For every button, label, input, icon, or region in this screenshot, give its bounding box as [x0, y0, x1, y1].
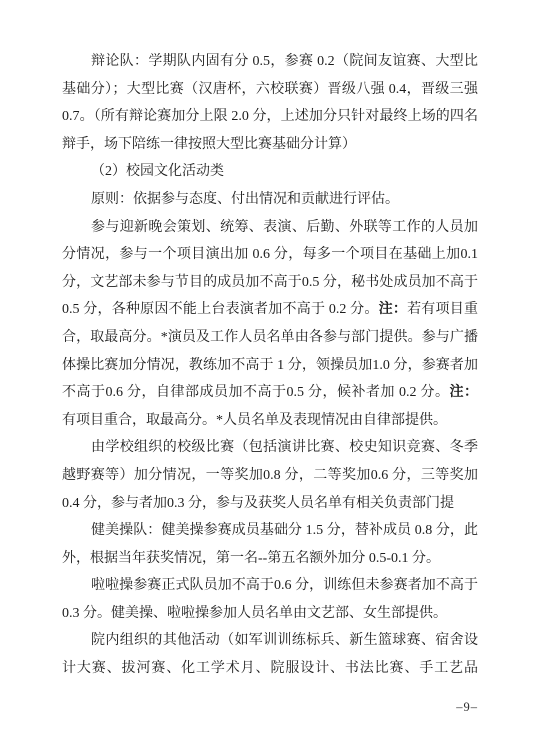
text-segment: 啦啦操参赛正式队员加不高于0.6 分，训练但未参赛者加不高于	[91, 578, 478, 593]
text-segment: 0.5 分，各种原因不能上台表演者加不高于 0.2 分。	[62, 302, 379, 317]
text-segment: 辩论队：学期队内固有分 0.5，参赛 0.2（院间友谊赛、大型比赛	[62, 54, 478, 76]
text-line: 由学校组织的校级比赛（包括演讲比赛、校史知识竞赛、冬季	[62, 434, 478, 462]
text-line: 有项目重合，取最高分。*人员名单及表现情况由自律部提供。	[62, 407, 478, 435]
text-segment: 辩手，场下陪练一律按照大型比赛基础分计算）	[62, 137, 356, 152]
text-segment: 分情况，参与一个项目演出加 0.6 分，每多一个项目在基础上加0.1	[62, 247, 478, 262]
text-segment: 0.4 分，参与者加0.3 分，参与及获奖人员名单有相关负责部门提供。	[62, 496, 454, 518]
text-segment: 外，根据当年获奖情况，第一名--第五名额外加分 0.5-0.1 分。	[62, 551, 440, 566]
text-line: 健美操队：健美操参赛成员基础分 1.5 分，替补成员 0.8 分，此	[62, 517, 478, 545]
text-line: 计大赛、拔河赛、化工学术月、院服设计、书法比赛、手工艺品展、	[62, 655, 478, 683]
text-segment: 0.3 分。健美操、啦啦操参加人员名单由文艺部、女生部提供。	[62, 606, 447, 621]
text-line: 0.4 分，参与者加0.3 分，参与及获奖人员名单有相关负责部门提供。	[62, 490, 478, 518]
text-line: 合，取最高分。*演员及工作人员名单由各参与部门提供。参与广播	[62, 324, 478, 352]
text-segment: 由学校组织的校级比赛（包括演讲比赛、校史知识竞赛、冬季	[91, 440, 478, 455]
text-line: 啦啦操参赛正式队员加不高于0.6 分，训练但未参赛者加不高于	[62, 572, 478, 600]
text-line: 辩论队：学期队内固有分 0.5，参赛 0.2（院间友谊赛、大型比赛	[62, 48, 478, 76]
text-segment: 若有项目重	[407, 302, 478, 317]
text-line: 体操比赛加分情况，教练加不高于 1 分，领操员加1.0 分，参赛者加	[62, 352, 478, 380]
text-segment: 计大赛、拔河赛、化工学术月、院服设计、书法比赛、手工艺品展、	[62, 661, 478, 683]
text-segment: 参与迎新晚会策划、统筹、表演、后勤、外联等工作的人员加	[91, 220, 478, 235]
text-line: 原则：依据参与态度、付出情况和贡献进行评估。	[62, 186, 478, 214]
document-body: 辩论队：学期队内固有分 0.5，参赛 0.2（院间友谊赛、大型比赛基础分）；大型…	[62, 48, 478, 683]
text-segment: 体操比赛加分情况，教练加不高于 1 分，领操员加1.0 分，参赛者加	[62, 358, 478, 373]
text-line: 分情况，参与一个项目演出加 0.6 分，每多一个项目在基础上加0.1	[62, 241, 478, 269]
document-page: 辩论队：学期队内固有分 0.5，参赛 0.2（院间友谊赛、大型比赛基础分）；大型…	[0, 0, 540, 748]
text-segment: 不高于0.6 分，自律部成员加不高于0.5 分，候补者加 0.2 分。	[62, 385, 450, 400]
text-segment: （2）校园文化活动类	[91, 164, 224, 179]
text-line: 越野赛等）加分情况，一等奖加0.8 分，二等奖加0.6 分，三等奖加	[62, 462, 478, 490]
text-line: （2）校园文化活动类	[62, 158, 478, 186]
text-line: 不高于0.6 分，自律部成员加不高于0.5 分，候补者加 0.2 分。注：若	[62, 379, 478, 407]
text-line: 外，根据当年获奖情况，第一名--第五名额外加分 0.5-0.1 分。	[62, 545, 478, 573]
text-segment: 0.7。（所有辩论赛加分上限 2.0 分，上述加分只针对最终上场的四名	[62, 109, 478, 124]
bold-text-segment: 注：	[379, 302, 407, 317]
text-line: 0.3 分。健美操、啦啦操参加人员名单由文艺部、女生部提供。	[62, 600, 478, 628]
text-segment: 分，文艺部未参与节目的成员加不高于0.5 分，秘书处成员加不高于	[62, 275, 478, 290]
text-line: 院内组织的其他活动（如军训训练标兵、新生篮球赛、宿舍设	[62, 627, 478, 655]
text-line: 0.7。（所有辩论赛加分上限 2.0 分，上述加分只针对最终上场的四名	[62, 103, 478, 131]
text-segment: 越野赛等）加分情况，一等奖加0.8 分，二等奖加0.6 分，三等奖加	[62, 468, 478, 483]
text-line: 0.5 分，各种原因不能上台表演者加不高于 0.2 分。注：若有项目重	[62, 296, 478, 324]
text-line: 基础分）；大型比赛（汉唐杯，六校联赛）晋级八强 0.4，晋级三强	[62, 76, 478, 104]
text-segment: 基础分）；大型比赛（汉唐杯，六校联赛）晋级八强 0.4，晋级三强	[62, 82, 478, 97]
text-segment: 院内组织的其他活动（如军训训练标兵、新生篮球赛、宿舍设	[91, 633, 478, 648]
text-segment: 原则：依据参与态度、付出情况和贡献进行评估。	[91, 192, 399, 207]
page-number: –9–	[456, 700, 478, 715]
text-line: 辩手，场下陪练一律按照大型比赛基础分计算）	[62, 131, 478, 159]
text-segment: 合，取最高分。*演员及工作人员名单由各参与部门提供。参与广播	[62, 330, 478, 345]
bold-text-segment: 注：	[450, 385, 479, 400]
text-segment: 有项目重合，取最高分。*人员名单及表现情况由自律部提供。	[62, 413, 447, 428]
text-line: 参与迎新晚会策划、统筹、表演、后勤、外联等工作的人员加	[62, 214, 478, 242]
text-segment: 健美操队：健美操参赛成员基础分 1.5 分，替补成员 0.8 分，此	[91, 523, 478, 538]
text-line: 分，文艺部未参与节目的成员加不高于0.5 分，秘书处成员加不高于	[62, 269, 478, 297]
